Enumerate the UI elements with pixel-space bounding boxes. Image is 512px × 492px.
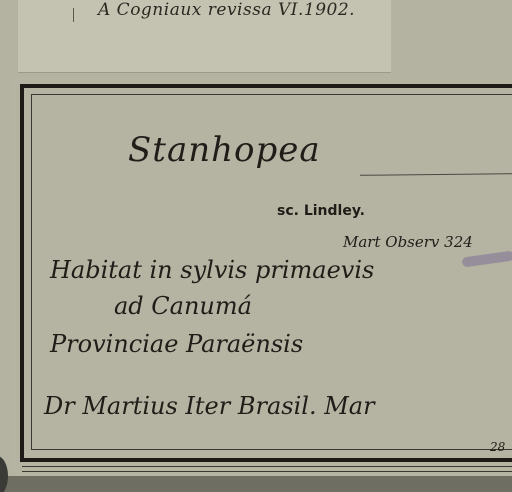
herbarium-sheet: A Cogniaux revissa VI.1902. Stanhopea sc… xyxy=(0,0,512,492)
reference-text: Mart Observ 324 xyxy=(343,233,473,251)
habitat-line-2: ad Canumá xyxy=(114,292,252,320)
label-bottom-rule xyxy=(22,471,512,472)
label-bottom-rule xyxy=(22,466,512,467)
sheet-number: 28 xyxy=(490,440,505,454)
collector-line: Dr Martius Iter Brasil. Mar xyxy=(44,392,375,420)
determination-text: A Cogniaux revissa VI.1902. xyxy=(98,0,355,20)
mount-edge xyxy=(0,476,512,492)
genus-name: Stanhopea xyxy=(128,130,321,170)
habitat-line-3: Provinciae Paraënsis xyxy=(50,330,303,358)
authority-text: sc. Lindley. xyxy=(277,203,365,219)
ink-mark xyxy=(73,8,74,22)
habitat-line-1: Habitat in sylvis primaevis xyxy=(50,256,374,284)
determination-label: A Cogniaux revissa VI.1902. xyxy=(18,0,391,72)
